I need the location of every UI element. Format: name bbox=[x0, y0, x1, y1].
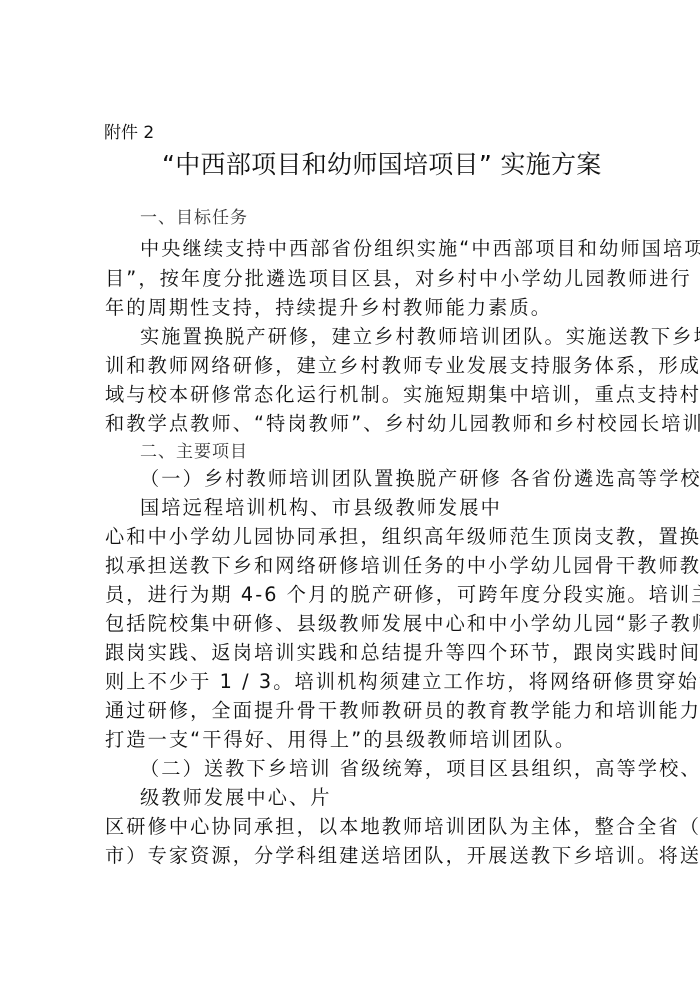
body-text-line: 心和中小学幼儿园协同承担，组织高年级师范生顶岗支教，置换出 bbox=[105, 524, 620, 550]
body-text-line: 则上不少于 1 / 3。培训机构须建立工作坊，将网络研修贯穿始终。 bbox=[105, 669, 620, 695]
body-text-line: 市）专家资源，分学科组建送培团队，开展送教下乡培训。将送教 bbox=[105, 843, 620, 869]
section-heading: 一、目标任务 bbox=[140, 205, 655, 231]
body-text-line: 拟承担送教下乡和网络研修培训任务的中小学幼儿园骨干教师教研 bbox=[105, 553, 620, 579]
document-page: 附件 2 “中西部项目和幼师国培项目” 实施方案 一、目标任务中央继续支持中西部… bbox=[0, 0, 700, 994]
body-text-line: 通过研修，全面提升骨干教师教研员的教育教学能力和培训能力， bbox=[105, 698, 620, 724]
body-text-line: 包括院校集中研修、县级教师发展中心和中小学幼儿园“影子教师” bbox=[105, 611, 620, 637]
body-text-line: 国培远程培训机构、市县级教师发展中 bbox=[140, 495, 655, 521]
body-text-line: 跟岗实践、返岗培训实践和总结提升等四个环节，跟岗实践时间原 bbox=[105, 640, 620, 666]
section-heading: 二、主要项目 bbox=[140, 439, 655, 465]
attachment-label: 附件 2 bbox=[104, 122, 154, 144]
body-text-line: 目”，按年度分批遴选项目区县，对乡村中小学幼儿园教师进行 2-3 bbox=[105, 266, 620, 292]
body-text-line: 域与校本研修常态化运行机制。实施短期集中培训，重点支持村小 bbox=[105, 382, 620, 408]
body-text-line: 年的周期性支持，持续提升乡村教师能力素质。 bbox=[105, 295, 620, 321]
body-text-line: 区研修中心协同承担，以本地教师培训团队为主体，整合全省（区、 bbox=[105, 814, 620, 840]
body-text-line: 中央继续支持中西部省份组织实施“中西部项目和幼师国培项 bbox=[140, 236, 655, 262]
document-title: “中西部项目和幼师国培项目” 实施方案 bbox=[162, 148, 602, 182]
body-text-line: （一）乡村教师培训团队置换脱产研修 各省份遴选高等学校、 bbox=[140, 466, 655, 492]
body-text-line: 训和教师网络研修，建立乡村教师专业发展支持服务体系，形成区 bbox=[105, 353, 620, 379]
body-text-line: 员，进行为期 4-6 个月的脱产研修，可跨年度分段实施。培训主要 bbox=[105, 582, 620, 608]
body-text-line: 和教学点教师、“特岗教师”、乡村幼儿园教师和乡村校园长培训。 bbox=[105, 411, 620, 437]
body-text-line: 实施置换脱产研修，建立乡村教师培训团队。实施送教下乡培 bbox=[140, 324, 655, 350]
body-text-line: 打造一支“干得好、用得上”的县级教师培训团队。 bbox=[105, 727, 620, 753]
body-text-line: （二）送教下乡培训 省级统筹，项目区县组织，高等学校、县 bbox=[140, 756, 655, 782]
body-text-line: 级教师发展中心、片 bbox=[140, 785, 655, 811]
